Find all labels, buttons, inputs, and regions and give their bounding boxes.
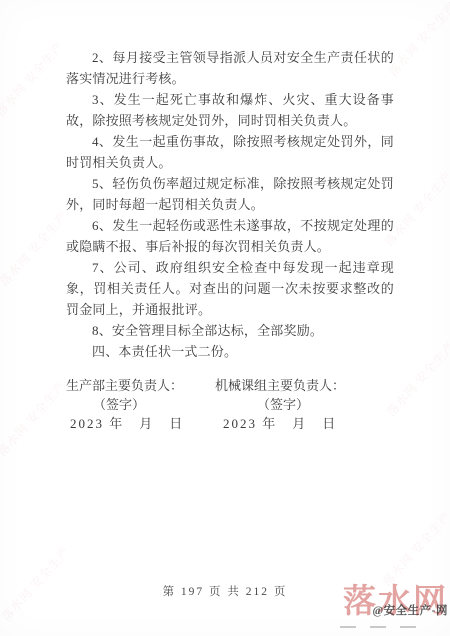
signature-left-title: 生产部主要负责人： (66, 376, 184, 395)
paragraph: 3、发生一起死亡事故和爆炸、火灾、重大设备事故，除按照考核规定处罚外，同时罚相关… (66, 89, 394, 131)
document-body: 2、每月接受主管领导指派人员对安全生产责任状的落实情况进行考核。 3、发生一起死… (66, 47, 394, 362)
signature-right-date: 2023 年 月 日 (215, 414, 345, 433)
paragraph: 四、本责任状一式二份。 (66, 341, 394, 362)
paragraph: 8、安全管理目标全部达标，全部奖励。 (66, 320, 394, 341)
document-page: 落水网 安全生产 落水网 安全生产 落水网 安全生产 落水网 安全生产 落水网 … (0, 0, 450, 636)
signature-block: 生产部主要负责人： （签字） 2023 年 月 日 机械课组主要负责人： （签字… (0, 376, 450, 456)
signature-right-title: 机械课组主要负责人： (215, 376, 345, 395)
paragraph: 5、轻伤负伤率超过规定标准，除按照考核规定处罚外，同时每超一起罚相关负责人。 (66, 173, 394, 215)
paragraph: 4、发生一起重伤事故，除按照考核规定处罚外，同时罚相关负责人。 (66, 131, 394, 173)
signature-left-date: 2023 年 月 日 (66, 414, 184, 433)
signature-left-sign-label: （签字） (66, 395, 184, 414)
edge-watermark: 落水网 安全生产 (0, 38, 68, 120)
signature-right-sign-label: （签字） (215, 395, 345, 414)
site-logo-overlay-text: @安全生产-网 (372, 602, 448, 618)
paragraph: 6、发生一起轻伤或恶性未遂事故，不按规定处理的或隐瞒不报、事后补报的每次罚相关负… (66, 215, 394, 257)
signature-right: 机械课组主要负责人： （签字） 2023 年 月 日 (215, 376, 345, 433)
site-watermark-logo: 落水网 @安全生产-网 (330, 582, 450, 630)
logo-scan-smudge (340, 626, 436, 629)
paragraph: 7、公司、政府组织安全检查中每发现一起违章现象，罚相关责任人。对查出的问题一次未… (66, 257, 394, 320)
paragraph: 2、每月接受主管领导指派人员对安全生产责任状的落实情况进行考核。 (66, 47, 394, 89)
edge-watermark: 落水网 安全生产 (0, 208, 72, 290)
edge-watermark: 落水网 安全生产 (384, 0, 450, 79)
signature-left: 生产部主要负责人： （签字） 2023 年 月 日 (66, 376, 184, 433)
